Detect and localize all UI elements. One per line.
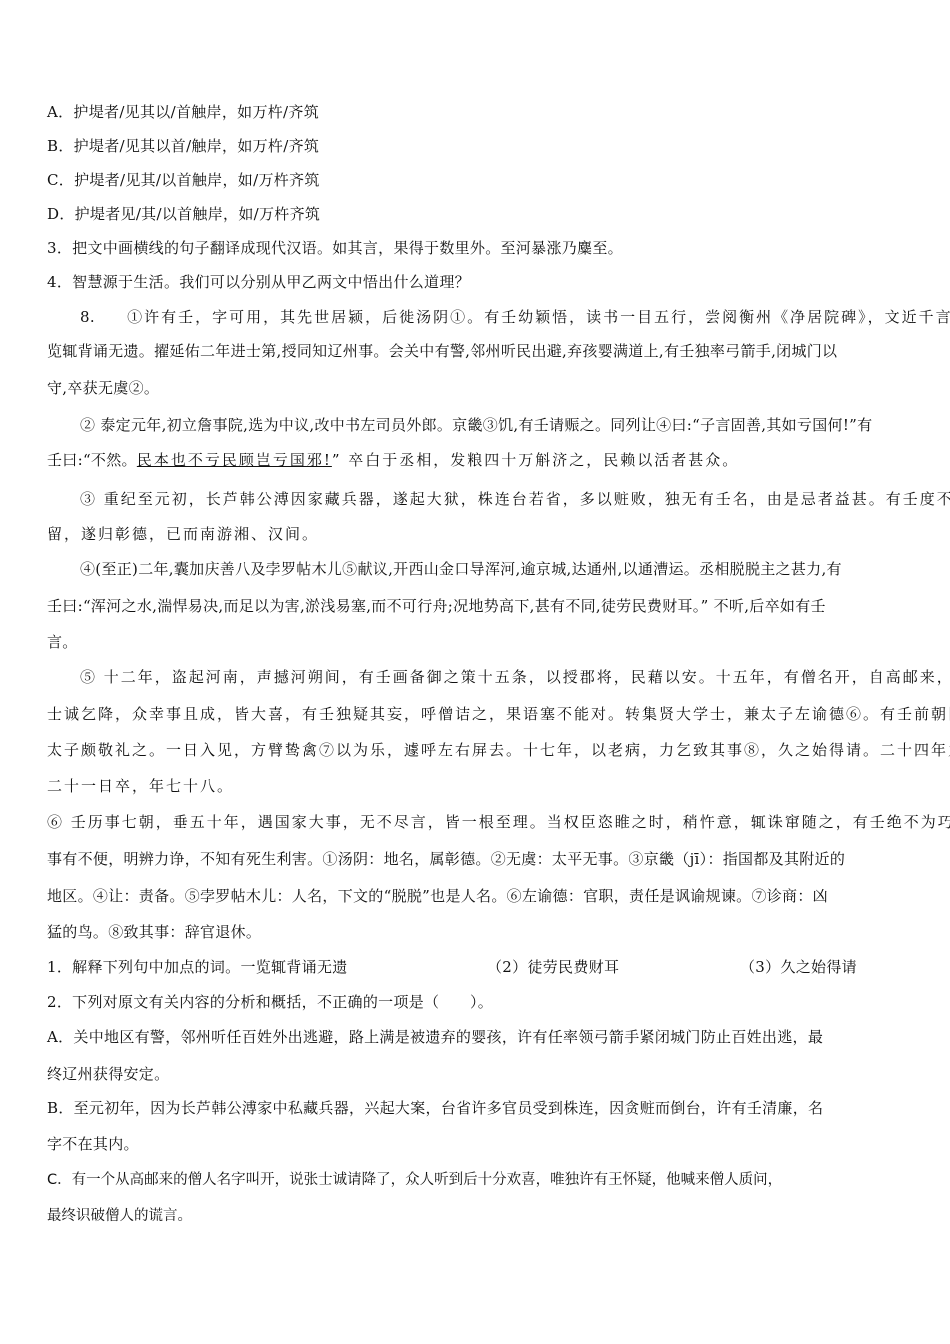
option-a-line2: 终辽州获得安定。 xyxy=(47,1064,907,1084)
passage-p2-pre: 壬曰:“不然。 xyxy=(47,451,137,469)
option-c-prev: C．护堤者/见其/以首触岸，如/万杵齐筑 xyxy=(47,170,907,190)
option-d-prev: D．护堤者见/其/以首触岸，如/万杵齐筑 xyxy=(47,204,907,224)
passage-p3-line2: 留，遂归彰德，已而南游湘、汉间。 xyxy=(47,524,907,544)
question-3-prev: 3．把文中画横线的句子翻译成现代汉语。如其言，果得于数里外。至河暴涨乃麋至。 xyxy=(47,238,907,258)
passage-p2-line2: 壬曰:“不然。民本也不亏民顾岂亏国邪!” 卒白于丞相，发粮四十万斛济之，民赖以活… xyxy=(47,450,907,470)
question-1-label: 1．解释下列句中加点的词。一览辄背诵无遗 xyxy=(47,957,348,977)
passage-p3-line1: ③ 重纪至元初，长芦韩公溥因家藏兵器，遂起大狱，株连台若省，多以赃败，独无有壬名… xyxy=(80,489,940,509)
footnotes-line-end: 猛的鸟。⑧致其事：辞官退休。 xyxy=(47,922,907,942)
passage-p4-line2: 壬曰:“浑河之水,湍悍易决,而足以为害,淤浅易塞,而不可行舟;况地势高下,甚有不… xyxy=(47,596,907,616)
passage-p5-line4: 二十一日卒，年七十八。 xyxy=(47,776,907,796)
option-a-line1: A．关中地区有警，邻州听任百姓外出逃避，路上满是被遗弃的婴孩，许有任率领弓箭手紧… xyxy=(47,1027,907,1047)
option-b-line1: B．至元初年，因为长芦韩公溥家中私藏兵器，兴起大案，台省许多官员受到株连，因贪赃… xyxy=(47,1098,907,1118)
option-c-line2: 最终识破僧人的谎言。 xyxy=(47,1206,907,1226)
option-b-prev: B．护堤者/见其以首/触岸，如万杵/齐筑 xyxy=(47,136,907,156)
question-2-label: 2．下列对原文有关内容的分析和概括，不正确的一项是（ ）。 xyxy=(47,992,907,1012)
passage-p5-line2: 士诚乞降，众幸事且成，皆大喜，有壬独疑其妄，呼僧诘之，果语塞不能对。转集贤大学士… xyxy=(47,704,907,724)
footnotes-line: 地区。④让：责备。⑤孛罗帖木儿：人名，下文的“脱脱”也是人名。⑥左谕德：官职，责… xyxy=(47,886,907,906)
passage-p1-text: ①许有壬，字可用，其先世居颍，后徙汤阴①。有壬幼颖悟，读书一目五行，尝阅衡州《净… xyxy=(127,308,950,326)
question-1-item-3: （3）久之始得请 xyxy=(740,957,857,977)
passage-p4-line3: 言。 xyxy=(47,632,907,652)
underlined-sentence: 民本也不亏民顾岂亏国邪! xyxy=(137,451,332,469)
passage-p5-line3: 太子颇敬礼之。一日入见，方臂鸷禽⑦以为乐，遽呼左右屏去。十七年，以老病，力乞致其… xyxy=(47,740,907,760)
passage-number: 8. xyxy=(80,308,95,326)
passage-p1-line1: 8. ①许有壬，字可用，其先世居颍，后徙汤阴①。有壬幼颖悟，读书一目五行，尝阅衡… xyxy=(80,307,940,327)
option-b-line2: 字不在其内。 xyxy=(47,1134,907,1154)
passage-p2-post: ” 卒白于丞相，发粮四十万斛济之，民赖以活者甚众。 xyxy=(332,451,739,469)
passage-p6-line1: ⑥ 壬历事七朝，垂五十年，遇国家大事，无不尽言，皆一根至理。当权臣恣睢之时，稍忤… xyxy=(47,812,907,832)
passage-p1-line3: 守,卒获无虞②。 xyxy=(47,378,907,398)
option-c-line1: C．有一个从高邮来的僧人名字叫开，说张士诚请降了，众人听到后十分欢喜，唯独许有王… xyxy=(47,1170,907,1190)
passage-p5-line1: ⑤ 十二年，盗起河南，声撼河朔间，有壬画备御之策十五条，以授郡将，民藉以安。十五… xyxy=(80,667,940,687)
passage-p2-line1: ② 泰定元年,初立詹事院,选为中议,改中书左司员外郎。京畿③饥,有壬请赈之。同列… xyxy=(80,415,940,435)
document-page: A．护堤者/见其以/首触岸，如万杵/齐筑 B．护堤者/见其以首/触岸，如万杵/齐… xyxy=(0,0,950,1344)
passage-p1-line2: 览辄背诵无遗。擢延佑二年进士第,授同知辽州事。会关中有警,邻州听民出避,弃孩婴满… xyxy=(47,341,907,361)
question-1-item-2: （2）徒劳民费财耳 xyxy=(487,957,619,977)
passage-p4-line1: ④(至正)二年,囊加庆善八及孛罗帖木儿⑤献议,开西山金口导浑河,逾京城,达通州,… xyxy=(80,559,940,579)
question-4-prev: 4．智慧源于生活。我们可以分别从甲乙两文中悟出什么道理？ xyxy=(47,272,907,292)
passage-p6-line2: 事有不便，明辨力诤，不知有死生利害。①汤阴：地名，属彰德。②无虞：太平无事。③京… xyxy=(47,849,907,869)
option-a-prev: A．护堤者/见其以/首触岸，如万杵/齐筑 xyxy=(47,102,907,122)
